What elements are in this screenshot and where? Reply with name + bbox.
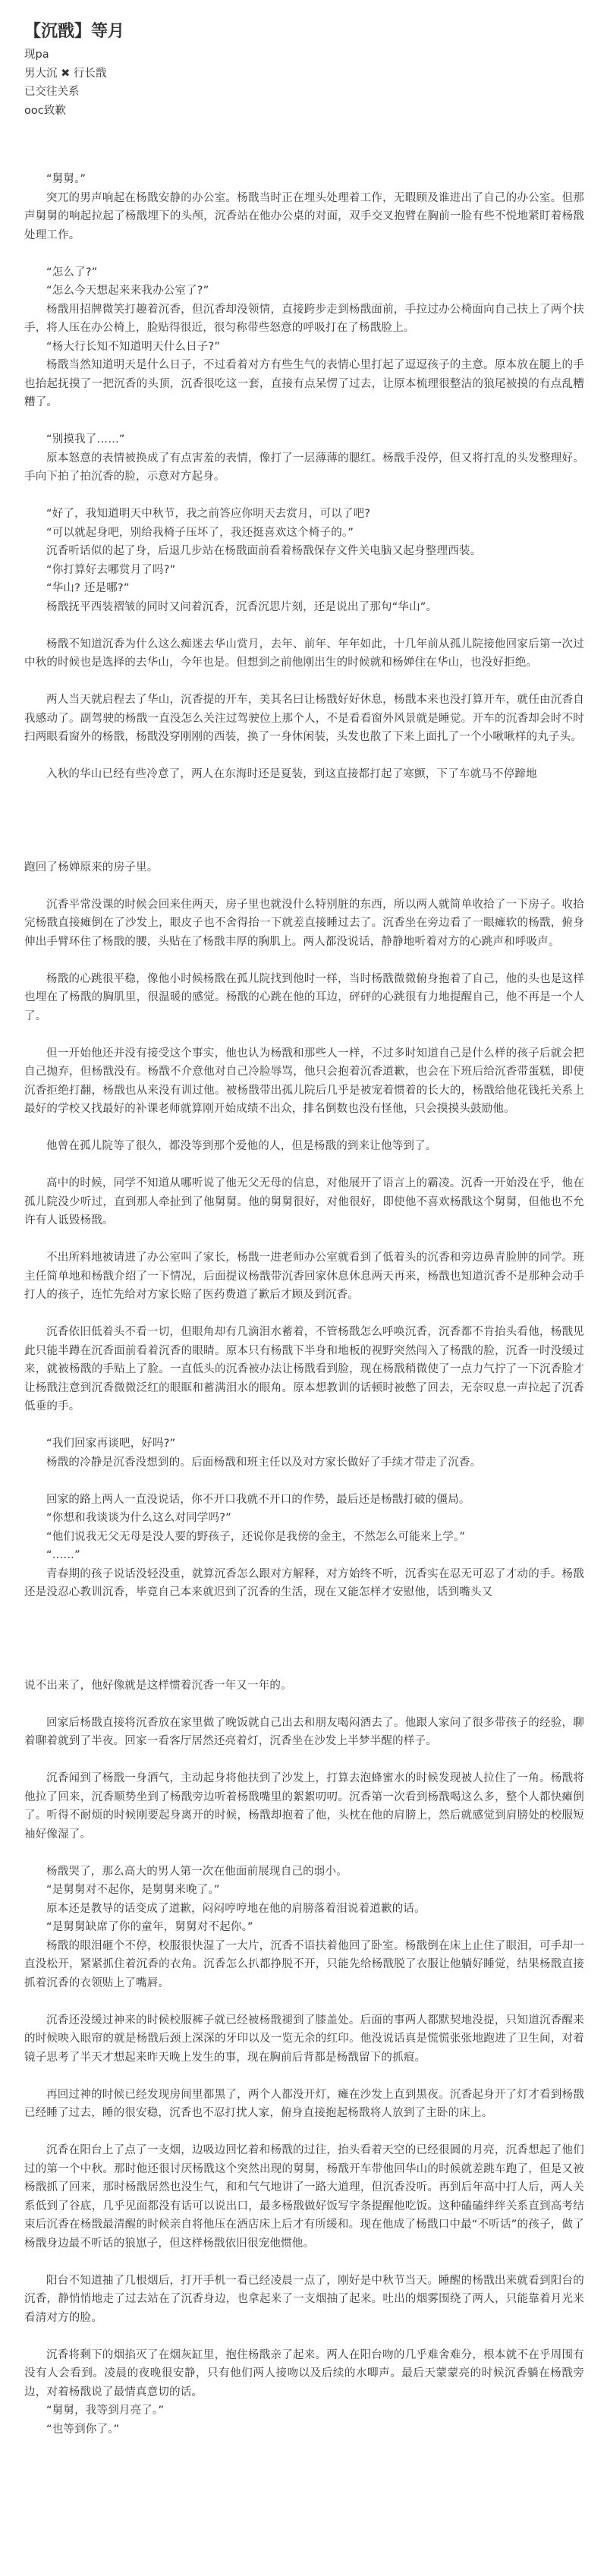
paragraph: “舅舅，我等到月亮了。” — [24, 2401, 584, 2420]
paragraph-spacer — [24, 412, 584, 431]
paragraph: “可以就起身吧，别给我椅子压坏了，我还挺喜欢这个椅子的。” — [24, 524, 584, 543]
paragraph: 沉香依旧低着头不看一切，但眼角却有几滴泪水蓄着，不管杨戬怎么呼唤沉香，沉香都不肯… — [24, 1323, 584, 1416]
paragraph: 杨戬的心跳很平稳，像他小时候杨戬在孤儿院找到他时一样，当时杨戬微微俯身抱着了自己… — [24, 970, 584, 1026]
paragraph-spacer — [24, 877, 584, 896]
paragraph: “是舅舅对不起你，是舅舅来晚了。” — [24, 1881, 584, 1900]
paragraph: 两人当天就启程去了华山，沉香提的开车，美其名曰让杨戬好好休息，杨戬本来也没打算开… — [24, 691, 584, 747]
paragraph: 再回过神的时候已经发现房间里都黑了，两个人都没开灯，瘫在沙发上直到黑夜。沉香起身… — [24, 2086, 584, 2123]
paragraph: 沉香在阳台上了点了一支烟，边吸边回忆着和杨戬的过往，抬头看着天空的已经很圆的月亮… — [24, 2141, 584, 2253]
paragraph-spacer — [24, 2067, 584, 2086]
meta-line: ooc致歉 — [24, 102, 583, 121]
paragraph-spacer — [24, 1844, 584, 1863]
paragraph: “杨大行长知不知道明天什么日子?” — [24, 338, 584, 357]
paragraph-spacer — [24, 1751, 584, 1770]
paragraph: 杨戬哭了，那么高大的男人第一次在他面前展现自己的弱小。 — [24, 1863, 584, 1882]
paragraph-spacer — [24, 616, 584, 635]
meta-line: 现pa — [24, 46, 583, 65]
paragraph-spacer — [24, 1695, 584, 1714]
paragraph: “好了，我知道明天中秋节，我之前答应你明天去赏月，可以了吧? — [24, 505, 584, 524]
paragraph: 杨戬不知道沉香为什么这么痴迷去华山赏月，去年、前年、年年如此，十几年前从孤儿院接… — [24, 635, 584, 672]
article-header: 【沉戬】等月 现pa男大沉 ✖ 行长戬已交往关系ooc致歉 — [0, 0, 607, 120]
paragraph: 沉香还没缓过神来的时候校服裤子就已经被杨戬褪到了膝盖处。后面的事两人都默契地没提… — [24, 2011, 584, 2067]
paragraph: 杨戬用招牌微笑打趣着沉香，但沉香却没领情，直接跨步走到杨戬面前，手拉过办公椅面向… — [24, 301, 584, 338]
page-break-spacer — [24, 1602, 584, 1677]
paragraph-spacer — [24, 487, 584, 505]
paragraph: “他们说我无父无母是没人要的野孩子，还说你是我傍的金主，不然怎么可能来上学。” — [24, 1528, 584, 1547]
paragraph: 回家后杨戬直接将沉香放在家里做了晚饭就自己出去和朋友喝闷酒去了。他跟人家问了很多… — [24, 1714, 584, 1751]
paragraph-spacer — [24, 1156, 584, 1175]
paragraph-spacer — [24, 1230, 584, 1249]
paragraph: “你打算好去哪赏月了吗?” — [24, 561, 584, 580]
paragraph-spacer — [24, 1305, 584, 1324]
paragraph-spacer — [24, 1992, 584, 2011]
paragraph-spacer — [24, 1025, 584, 1044]
paragraph: 跑回了杨婵原来的房子里。 — [24, 858, 584, 877]
paragraph: “怎么今天想起来来我办公室了?” — [24, 282, 584, 301]
paragraph: “是舅舅缺席了你的童年，舅舅对不起你。” — [24, 1918, 584, 1937]
paragraph-spacer — [24, 1416, 584, 1435]
paragraph-spacer — [24, 672, 584, 691]
paragraph: “……” — [24, 1546, 584, 1565]
meta-line: 男大沉 ✖ 行长戬 — [24, 65, 583, 83]
paragraph: “别摸我了……” — [24, 430, 584, 449]
paragraph-spacer — [24, 1119, 584, 1138]
paragraph-spacer — [24, 2327, 584, 2346]
paragraph: 杨戬当然知道明天是什么日子，不过看着对方有些生气的表情心里打起了逗逗孩子的主意。… — [24, 356, 584, 412]
paragraph-spacer — [24, 951, 584, 970]
paragraph-spacer — [24, 2253, 584, 2272]
paragraph: 杨戬的眼泪砸个不停，校服很快湿了一大片，沉香不语扶着他回了卧室。杨戬倒在床上止住… — [24, 1937, 584, 1993]
paragraph: 杨戬的冷静是沉香没想到的。后面杨戬和班主任以及对方家长做好了手续才带走了沉香。 — [24, 1453, 584, 1472]
paragraph: 但一开始他还并没有接受这个事实，他也认为杨戬和那些人一样，不过多时知道自己是什么… — [24, 1044, 584, 1119]
article-title: 【沉戬】等月 — [24, 20, 583, 44]
paragraph-spacer — [24, 120, 584, 170]
paragraph: “也等到你了。” — [24, 2420, 584, 2439]
paragraph: 说不出来了，他好像就是这样惯着沉香一年又一年的。 — [24, 1677, 584, 1696]
paragraph: 原本怒意的表情被换成了有点害羞的表情，像打了一层薄薄的腮红。杨戬手没停，但又将打… — [24, 449, 584, 487]
paragraph: 不出所料地被请进了办公室叫了家长，杨戬一进老师办公室就看到了低着头的沉香和旁边鼻… — [24, 1249, 584, 1305]
paragraph: 沉香听话似的起了身，后退几步站在杨戬面前看着杨戬保存文件关电脑又起身整理西装。 — [24, 542, 584, 561]
paragraph: 沉香将剩下的烟掐灭了在烟灰缸里，抱住杨戬亲了起来。两人在阳台吻的几乎难舍难分，根… — [24, 2346, 584, 2402]
paragraph: 沉香平常没课的时候会回来住两天，房子里也就没什么特别脏的东西，所以两人就简单收拾… — [24, 896, 584, 952]
paragraph: “你想和我谈谈为什么这么对同学吗?” — [24, 1509, 584, 1528]
paragraph: 阳台不知道抽了几根烟后，打开手机一看已经凌晨一点了，刚好是中秋节当天。睡醒的杨戬… — [24, 2272, 584, 2328]
paragraph: “舅舅。” — [24, 170, 584, 189]
paragraph: 回家的路上两人一直没说话，你不开口我就不开口的作势，最后还是杨戬打破的僵局。 — [24, 1491, 584, 1510]
paragraph-spacer — [24, 747, 584, 766]
article-body: “舅舅。”突兀的男声响起在杨戬安静的办公室。杨戬当时正在埋头处理着工作，无暇顾及… — [0, 120, 607, 2439]
paragraph: 原本还是教导的话变成了道歉，闷闷哼哼地在他的肩膀落着泪说着道歉的话。 — [24, 1900, 584, 1919]
paragraph: 入秋的华山已经有些冷意了，两人在东海时还是夏装，到这直接都打起了寒颤，下了车就马… — [24, 765, 584, 784]
paragraph: “华山? 还是哪?” — [24, 579, 584, 598]
paragraph: 高中的时候，同学不知道从哪听说了他无父无母的信息，对他展开了语言上的霸凌。沉香一… — [24, 1174, 584, 1230]
paragraph: “怎么了?” — [24, 263, 584, 282]
meta-line: 已交往关系 — [24, 83, 583, 102]
paragraph: 青春期的孩子说话没轻没重，就算沉香怎么跟对方解释，对方始终不听，沉香实在忍无可忍… — [24, 1565, 584, 1602]
article-meta: 现pa男大沉 ✖ 行长戬已交往关系ooc致歉 — [24, 46, 583, 120]
paragraph: 杨戬抚平西装褶皱的同时又问着沉香，沉香沉思片刻，还是说出了那句“华山”。 — [24, 598, 584, 617]
page-break-spacer — [24, 784, 584, 858]
paragraph: 突兀的男声响起在杨戬安静的办公室。杨戬当时正在埋头处理着工作，无暇顾及谁进出了自… — [24, 189, 584, 245]
paragraph: 沉香闻到了杨戬一身酒气，主动起身将他扶到了沙发上，打算去泡蜂蜜水的时候发现被人拉… — [24, 1769, 584, 1844]
paragraph-spacer — [24, 2123, 584, 2142]
paragraph: 他曾在孤儿院等了很久，都没等到那个爱他的人，但是杨戬的到来让他等到了。 — [24, 1137, 584, 1156]
paragraph: “我们回家再谈吧，好吗?” — [24, 1434, 584, 1453]
paragraph-spacer — [24, 244, 584, 263]
paragraph-spacer — [24, 1472, 584, 1491]
